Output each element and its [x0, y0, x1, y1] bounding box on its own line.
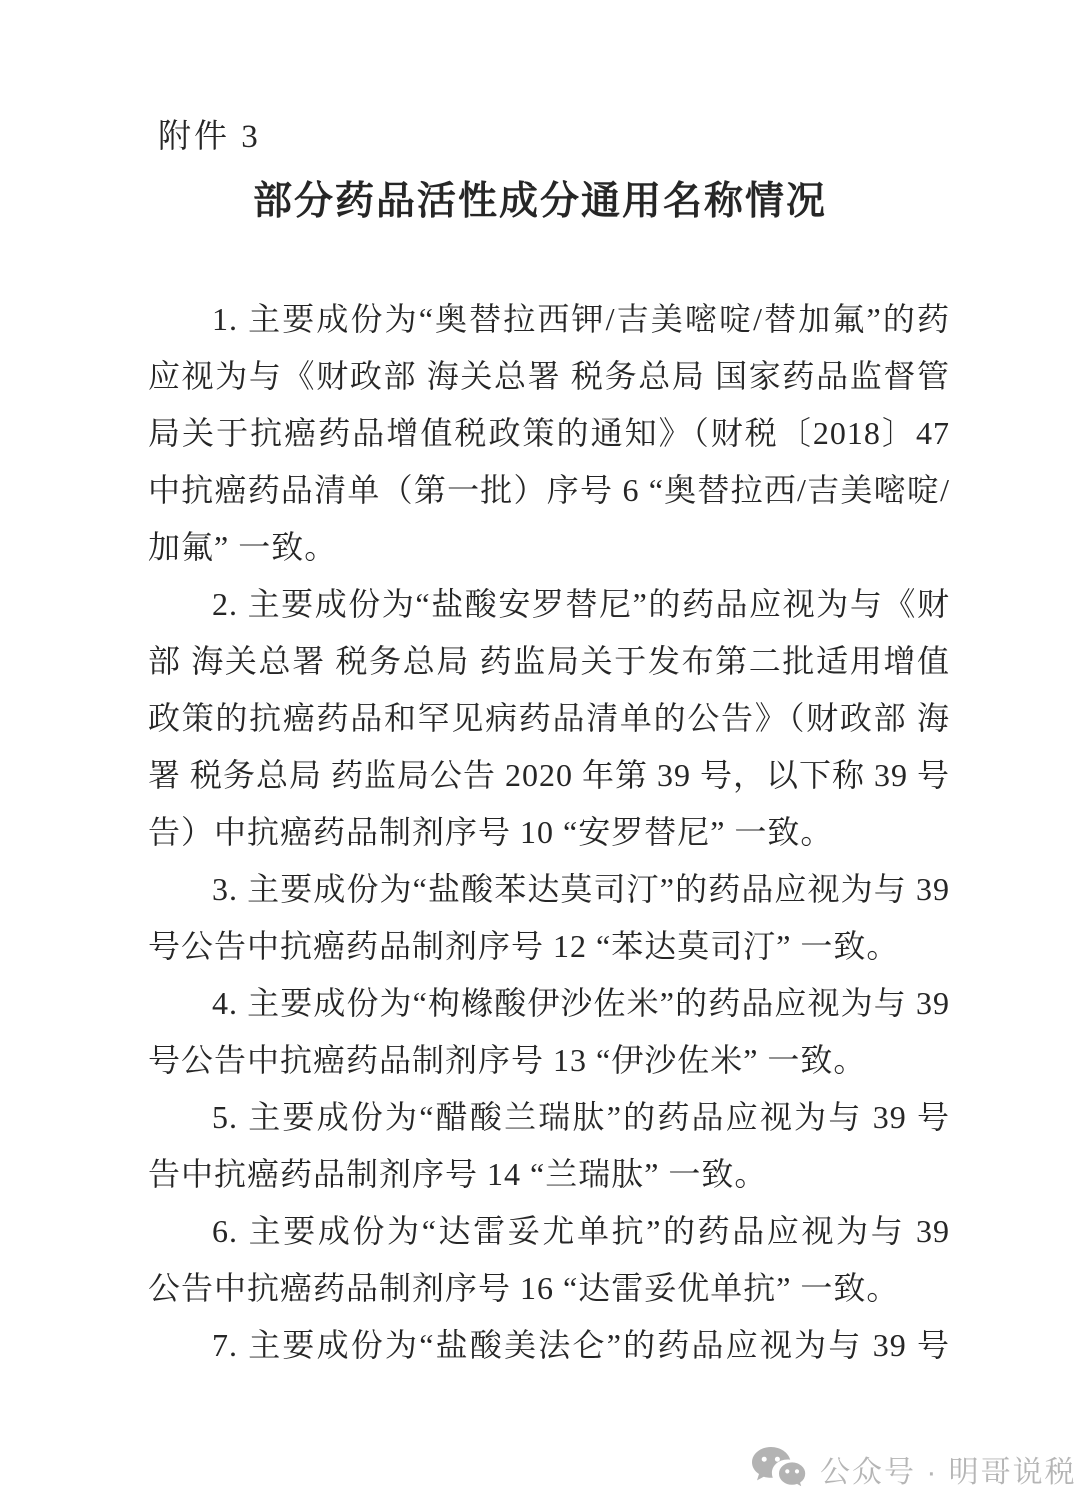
paragraph-line: 公告中抗癌药品制剂序号 16 “达雷妥优单抗” 一致。	[148, 1260, 950, 1317]
paragraph-line: 署 税务总局 药监局公告 2020 年第 39 号，以下称 39 号公	[148, 747, 950, 804]
paragraph-line: 7. 主要成份为“盐酸美法仑”的药品应视为与 39 号公	[148, 1317, 950, 1374]
document-page: 附件 3 部分药品活性成分通用名称情况 1. 主要成份为“奥替拉西钾/吉美嘧啶/…	[0, 0, 1080, 1508]
paragraph-line: 号公告中抗癌药品制剂序号 12 “苯达莫司汀” 一致。	[148, 918, 950, 975]
paragraph-line: 局关于抗癌药品增值税政策的通知》（财税〔2018〕47 号）	[148, 405, 950, 462]
document-body: 1. 主要成份为“奥替拉西钾/吉美嘧啶/替加氟”的药品应视为与《财政部 海关总署…	[148, 291, 950, 1374]
watermark: 公众号 · 明哥说税	[750, 1442, 1077, 1496]
paragraph-line: 部 海关总署 税务总局 药监局关于发布第二批适用增值税	[148, 633, 950, 690]
wechat-icon	[750, 1445, 808, 1493]
paragraph-line: 告）中抗癌药品制剂序号 10 “安罗替尼” 一致。	[148, 804, 950, 861]
paragraph-line: 3. 主要成份为“盐酸苯达莫司汀”的药品应视为与 39	[148, 861, 950, 918]
paragraph-line: 应视为与《财政部 海关总署 税务总局 国家药品监督管理	[148, 348, 950, 405]
paragraph-line: 4. 主要成份为“枸橼酸伊沙佐米”的药品应视为与 39	[148, 975, 950, 1032]
paragraph-line: 政策的抗癌药品和罕见病药品清单的公告》（财政部 海关总	[148, 690, 950, 747]
paragraph-line: 告中抗癌药品制剂序号 14 “兰瑞肽” 一致。	[148, 1146, 950, 1203]
document-title: 部分药品活性成分通用名称情况	[0, 170, 1080, 226]
paragraph-line: 号公告中抗癌药品制剂序号 13 “伊沙佐米” 一致。	[148, 1032, 950, 1089]
paragraph-line: 6. 主要成份为“达雷妥尤单抗”的药品应视为与 39 号	[148, 1203, 950, 1260]
paragraph-line: 2. 主要成份为“盐酸安罗替尼”的药品应视为与《财政	[148, 576, 950, 633]
paragraph-line: 5. 主要成份为“醋酸兰瑞肽”的药品应视为与 39 号公	[148, 1089, 950, 1146]
paragraph-line: 加氟” 一致。	[148, 519, 950, 576]
watermark-text: 公众号 · 明哥说税	[820, 1447, 1077, 1491]
paragraph-line: 中抗癌药品清单（第一批）序号 6 “奥替拉西/吉美嘧啶/替	[148, 462, 950, 519]
paragraph-line: 1. 主要成份为“奥替拉西钾/吉美嘧啶/替加氟”的药品	[148, 291, 950, 348]
attachment-label: 附件 3	[158, 110, 261, 157]
